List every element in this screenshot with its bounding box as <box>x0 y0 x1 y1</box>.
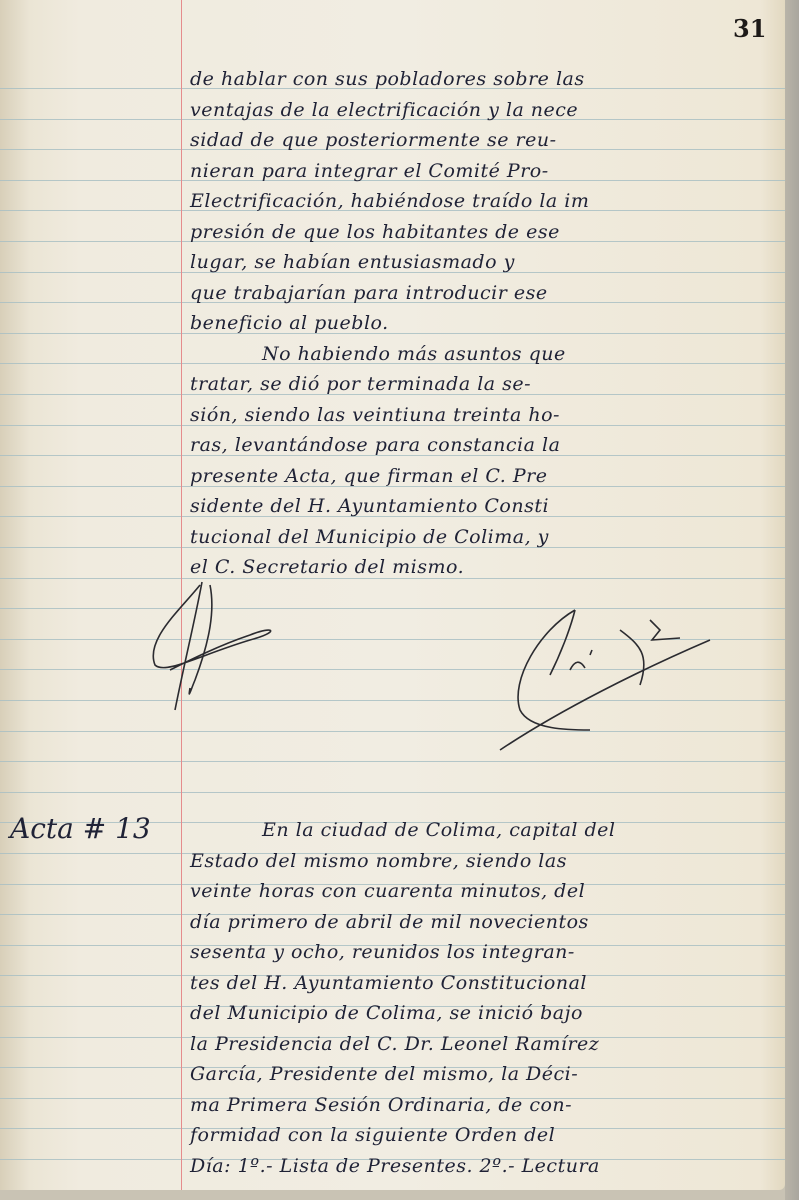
text-line: tucional del Municipio de Colima, y <box>190 522 780 553</box>
signature-secretary <box>480 600 740 760</box>
text-line: que trabajarían para introducir ese <box>190 278 780 309</box>
text-line: García, Presidente del mismo, la Déci- <box>190 1059 780 1090</box>
act-number-margin-label: Acta # 13 <box>10 812 151 845</box>
text-line: la Presidencia del C. Dr. Leonel Ramírez <box>190 1029 780 1060</box>
text-line: de hablar con sus pobladores sobre las <box>190 64 780 95</box>
text-line: sidente del H. Ayuntamiento Consti <box>190 491 780 522</box>
signature-president <box>140 580 300 720</box>
page-number: 31 <box>733 14 766 43</box>
text-line: sión, siendo las veintiuna treinta ho- <box>190 400 780 431</box>
text-line: sesenta y ocho, reunidos los integran- <box>190 937 780 968</box>
text-line: Electrificación, habiéndose traído la im <box>190 186 780 217</box>
text-line: presente Acta, que firman el C. Pre <box>190 461 780 492</box>
book-edge <box>785 0 799 1200</box>
text-line: ras, levantándose para constancia la <box>190 430 780 461</box>
text-line: ma Primera Sesión Ordinaria, de con- <box>190 1090 780 1121</box>
text-line: Estado del mismo nombre, siendo las <box>190 846 780 877</box>
text-line: tes del H. Ayuntamiento Constitucional <box>190 968 780 999</box>
text-line: lugar, se habían entusiasmado y <box>190 247 780 278</box>
rule-line <box>0 761 785 762</box>
text-line: En la ciudad de Colima, capital del <box>190 815 780 846</box>
text-line: tratar, se dió por terminada la se- <box>190 369 780 400</box>
text-line: beneficio al pueblo. <box>190 308 780 339</box>
text-line: el C. Secretario del mismo. <box>190 552 780 583</box>
text-line: día primero de abril de mil novecientos <box>190 907 780 938</box>
new-act-text: En la ciudad de Colima, capital del Esta… <box>190 815 780 1181</box>
text-line: Día: 1º.- Lista de Presentes. 2º.- Lectu… <box>190 1151 780 1182</box>
closing-section-text: de hablar con sus pobladores sobre las v… <box>190 64 780 583</box>
text-line: del Municipio de Colima, se inició bajo <box>190 998 780 1029</box>
text-line: ventajas de la electrificación y la nece <box>190 95 780 126</box>
rule-line <box>0 792 785 793</box>
ledger-page: 31 de hablar con sus pobladores sobre la… <box>0 0 785 1190</box>
text-line: nieran para integrar el Comité Pro- <box>190 156 780 187</box>
text-line: formidad con la siguiente Orden del <box>190 1120 780 1151</box>
text-line: sidad de que posteriormente se reu- <box>190 125 780 156</box>
text-line: veinte horas con cuarenta minutos, del <box>190 876 780 907</box>
text-line: No habiendo más asuntos que <box>190 339 780 370</box>
text-line: presión de que los habitantes de ese <box>190 217 780 248</box>
